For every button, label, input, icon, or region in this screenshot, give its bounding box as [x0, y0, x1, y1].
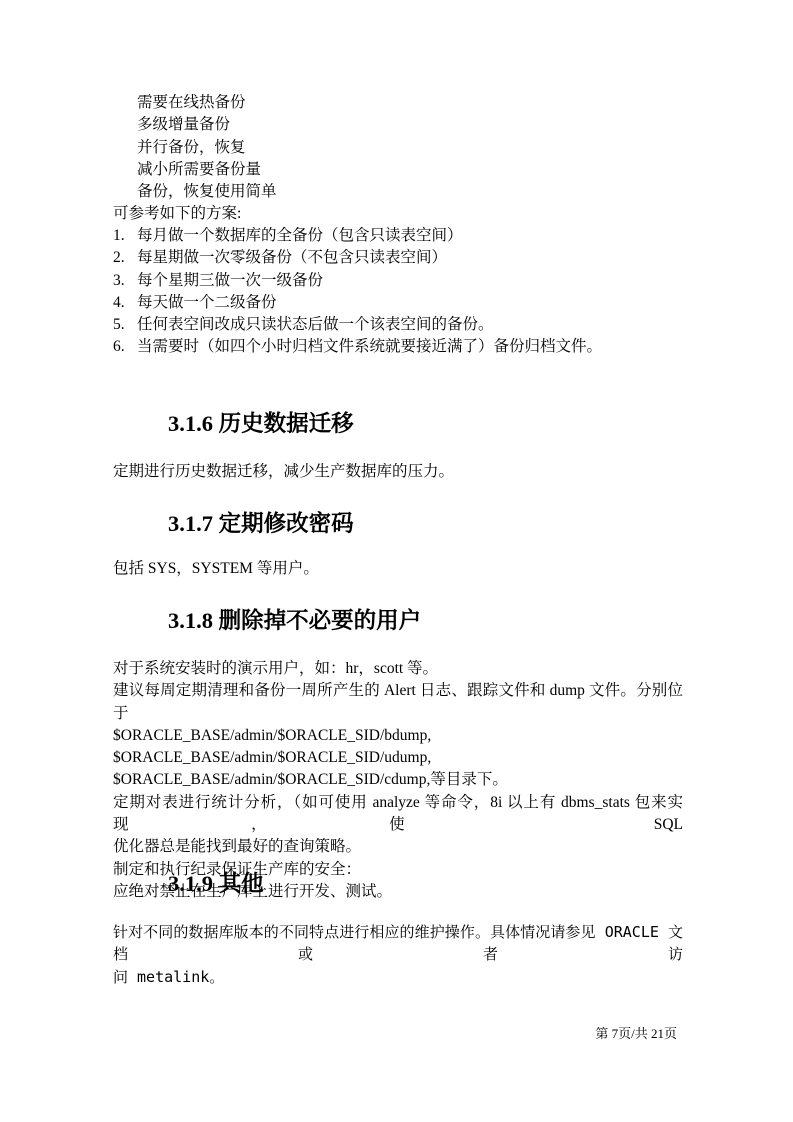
body-line: 定期对表进行统计分析，（如可使用 analyze 等命令，8i 以上有 dbms… — [113, 792, 683, 837]
section-body-319: 针对不同的数据库版本的不同特点进行相应的维护操作。具体情况请参见 ORACLE … — [113, 921, 683, 988]
document-page: 需要在线热备份 多级增量备份 并行备份，恢复 减小所需要备份量 备份，恢复使用简… — [0, 0, 793, 1122]
page-number-footer: 第 7页/共 21页 — [595, 1026, 677, 1042]
list-item: 1. 每月做一个数据库的全备份（包含只读表空间） — [113, 225, 602, 247]
body-line: $ORACLE_BASE/admin/$ORACLE_SID/bdump, — [113, 725, 683, 747]
body-line: 针对不同的数据库版本的不同特点进行相应的维护操作。具体情况请参见 ORACLE … — [113, 921, 683, 966]
list-item: 6. 当需要时（如四个小时归档文件系统就要接近满了）备份归档文件。 — [113, 336, 602, 358]
list-item: 5. 任何表空间改成只读状态后做一个该表空间的备份。 — [113, 314, 602, 336]
section-body-316: 定期进行历史数据迁移，减少生产数据库的压力。 — [113, 461, 683, 483]
body-line: 优化器总是能找到最好的查询策略。 — [113, 836, 683, 858]
body-line: 建议每周定期清理和备份一周所产生的 Alert 日志、跟踪文件和 dump 文件… — [113, 680, 683, 725]
body-line: $ORACLE_BASE/admin/$ORACLE_SID/udump, — [113, 747, 683, 769]
body-line: 定期进行历史数据迁移，减少生产数据库的压力。 — [113, 461, 683, 483]
body-line: 对于系统安装时的演示用户，如：hr，scott 等。 — [113, 658, 683, 680]
list-item-text: 当需要时（如四个小时归档文件系统就要接近满了）备份归档文件。 — [137, 336, 602, 358]
list-item: 4. 每天做一个二级备份 — [113, 292, 602, 314]
list-item-number: 3. — [113, 270, 137, 292]
intro-line: 可参考如下的方案: — [113, 203, 241, 225]
section-heading-316: 3.1.6 历史数据迁移 — [168, 409, 354, 439]
body-line: 问 metalink。 — [113, 966, 683, 988]
list-item-text: 任何表空间改成只读状态后做一个该表空间的备份。 — [137, 314, 494, 336]
list-item-number: 4. — [113, 292, 137, 314]
list-item-number: 2. — [113, 247, 137, 269]
plain-line: 减小所需要备份量 — [137, 159, 277, 181]
plain-line: 并行备份，恢复 — [137, 137, 277, 159]
list-item: 2. 每星期做一次零级备份（不包含只读表空间） — [113, 247, 602, 269]
list-item-number: 6. — [113, 336, 137, 358]
plain-line: 备份，恢复使用简单 — [137, 181, 277, 203]
section-body-318: 对于系统安装时的演示用户，如：hr，scott 等。 建议每周定期清理和备份一周… — [113, 658, 683, 903]
list-item-text: 每天做一个二级备份 — [137, 292, 277, 314]
list-item-number: 5. — [113, 314, 137, 336]
section-heading-318: 3.1.8 删除掉不必要的用户 — [168, 606, 421, 636]
list-item-text: 每星期做一次零级备份（不包含只读表空间） — [137, 247, 447, 269]
body-line: 包括 SYS，SYSTEM 等用户。 — [113, 558, 683, 580]
list-item-text: 每个星期三做一次一级备份 — [137, 270, 323, 292]
section-body-317: 包括 SYS，SYSTEM 等用户。 — [113, 558, 683, 580]
list-item: 3. 每个星期三做一次一级备份 — [113, 270, 602, 292]
list-item-number: 1. — [113, 225, 137, 247]
body-line: $ORACLE_BASE/admin/$ORACLE_SID/cdump,等目录… — [113, 769, 683, 791]
plain-line: 多级增量备份 — [137, 114, 277, 136]
section-heading-319: 3.1.9 其他 — [168, 869, 264, 899]
plain-lines-block: 需要在线热备份 多级增量备份 并行备份，恢复 减小所需要备份量 备份，恢复使用简… — [137, 92, 277, 203]
numbered-list: 1. 每月做一个数据库的全备份（包含只读表空间） 2. 每星期做一次零级备份（不… — [113, 225, 602, 359]
section-heading-317: 3.1.7 定期修改密码 — [168, 509, 354, 539]
list-item-text: 每月做一个数据库的全备份（包含只读表空间） — [137, 225, 463, 247]
plain-line: 需要在线热备份 — [137, 92, 277, 114]
